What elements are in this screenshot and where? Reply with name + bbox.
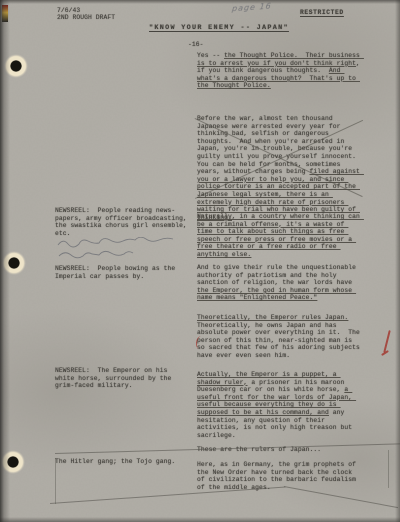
pencil-tick	[55, 458, 56, 504]
margin-note-newsreel-1: NEWSREEL: People reading news-papers, ar…	[55, 207, 187, 237]
red-check-mark-tail	[381, 350, 389, 356]
narration-emperor-religion: And to give their rule the unquestionabl…	[197, 264, 363, 302]
scanned-script-page: 7/6/43 2ND ROUGH DRAFT page 16 RESTRICTE…	[0, 0, 400, 522]
page-number: -16-	[188, 41, 204, 49]
script-title: "KNOW YOUR ENEMY -- JAPAN"	[149, 25, 289, 33]
narration-theoretically: Theoretically, the Emperor rules Japan. …	[197, 314, 363, 360]
narration-no-free-speech: Naturally, in a country where thinking c…	[197, 213, 363, 259]
narration-thought-police: Yes -- the Thought Police. Their busines…	[197, 52, 363, 90]
punch-hole-bottom	[1, 450, 25, 474]
handwritten-page-note: page 16	[232, 2, 273, 14]
draft-label: 2ND ROUGH DRAFT	[57, 14, 115, 22]
handwritten-margin-scribble	[56, 237, 192, 261]
pencil-tick	[388, 450, 389, 488]
edge-color-mark	[2, 5, 8, 22]
margin-note-hitler-tojo: The Hitler gang; the Tojo gang.	[55, 458, 187, 466]
margin-note-newsreel-2: NEWSREEL: People bowing as the Imperial …	[55, 265, 187, 280]
pencil-line	[50, 487, 285, 504]
margin-note-newsreel-3: NEWSREEL: The Emperor on his white horse…	[55, 367, 187, 390]
punch-hole-middle	[2, 251, 26, 275]
narration-emperor-puppet: Actually, the Emperor is a puppet, a sha…	[197, 371, 363, 439]
classification-stamp: RESTRICTED	[300, 9, 344, 17]
punch-hole-top	[4, 54, 28, 78]
